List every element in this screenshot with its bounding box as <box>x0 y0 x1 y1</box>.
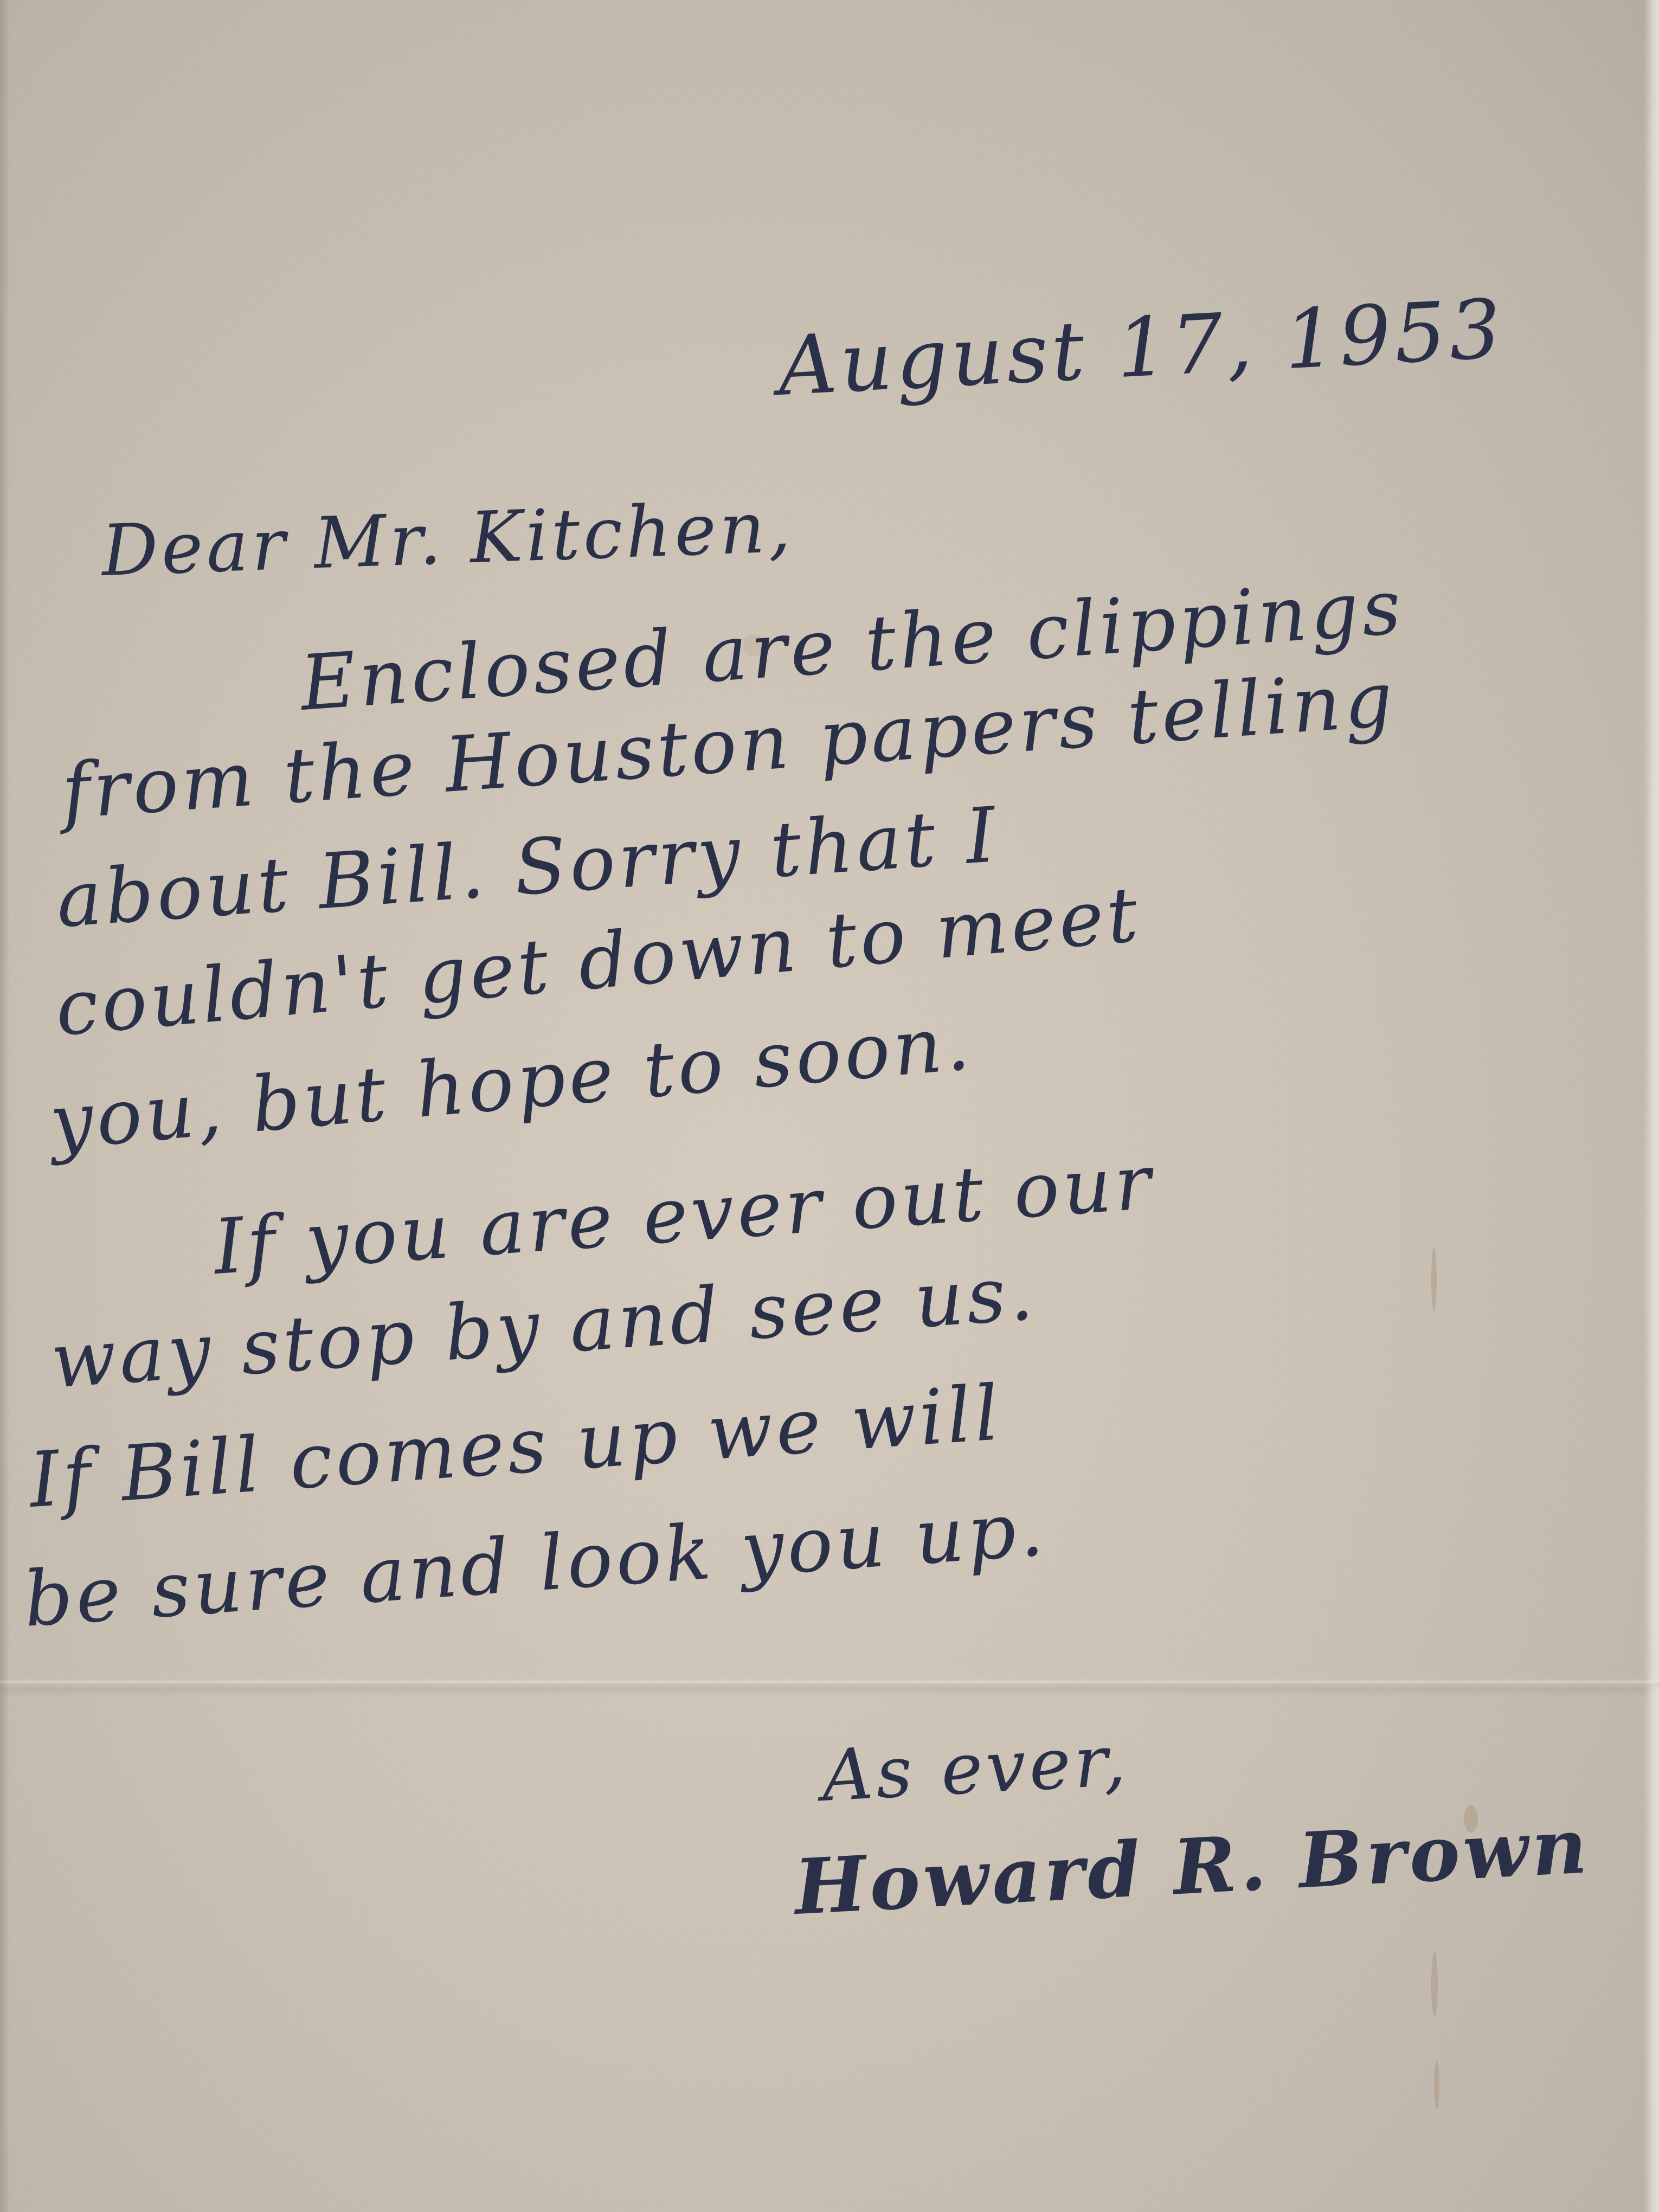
paper-stain <box>1431 1952 1438 2017</box>
letter-date: August 17, 1953 <box>776 282 1507 414</box>
paper-right-edge <box>1644 0 1659 2212</box>
letter-paper: August 17, 1953 Dear Mr. Kitchen, Enclos… <box>0 0 1659 2212</box>
paper-stain <box>1431 1247 1437 1312</box>
letter-signature: Howard R. Brown <box>792 1802 1592 1932</box>
letter-salutation: Dear Mr. Kitchen, <box>100 486 795 592</box>
letter-closing: As ever, <box>820 1719 1131 1817</box>
paper-left-edge-shadow <box>0 0 10 2212</box>
paper-stain <box>1434 2060 1439 2109</box>
paper-fold-crease <box>0 1681 1659 1688</box>
